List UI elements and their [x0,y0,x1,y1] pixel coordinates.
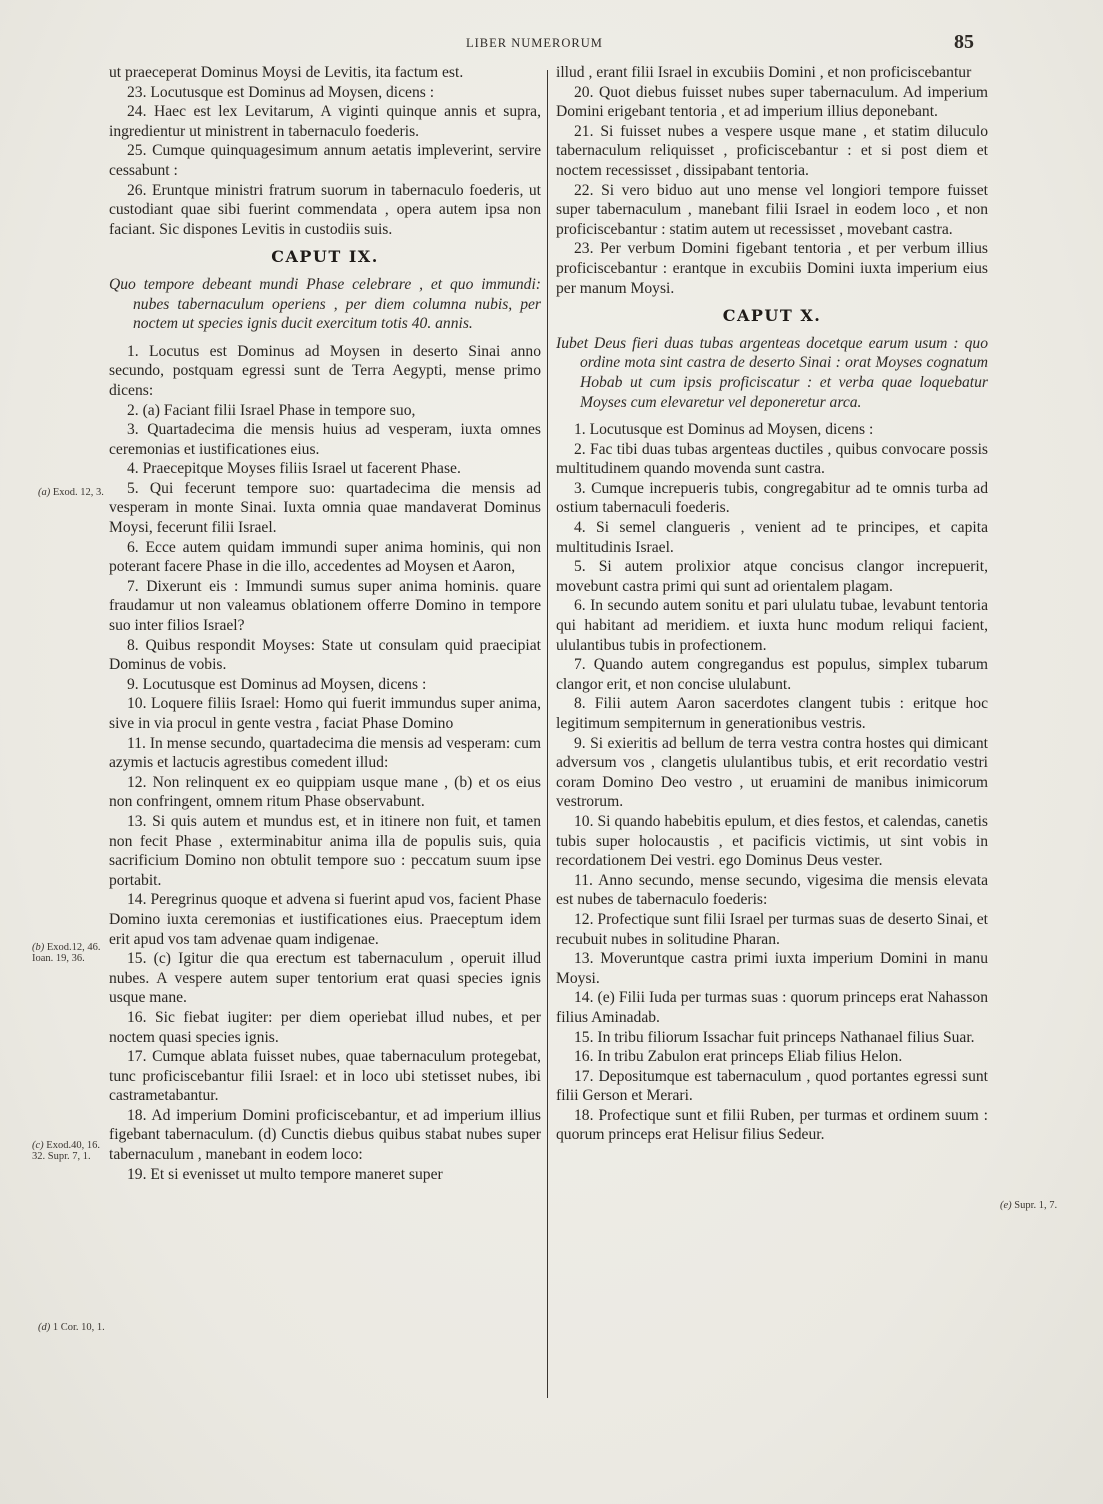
verse: 2. Fac tibi duas tubas argenteas ductile… [556,440,988,479]
verse: 13. Moveruntque castra primi iuxta imper… [556,949,988,988]
verse: 4. Praecepitque Moyses filiis Israel ut … [109,459,541,479]
verse: 5. Qui fecerunt tempore suo: quartadecim… [109,479,541,538]
verse: 3. Cumque increpueris tubis, congregabit… [556,479,988,518]
verse: 23. Per verbum Domini figebant tentoria … [556,239,988,298]
verse: 8. Quibus respondit Moyses: State ut con… [109,636,541,675]
verse: 15. (c) Igitur die qua erectum est taber… [109,949,541,1008]
verse: 19. Et si evenisset ut multo tempore man… [109,1165,541,1185]
running-title: LIBER NUMERORUM [466,36,603,51]
verse: 22. Si vero biduo aut uno mense vel long… [556,181,988,240]
verse: 2. (a) Faciant filii Israel Phase in tem… [109,401,541,421]
margin-note: (a) Exod. 12, 3. [38,487,108,498]
margin-note: (b) Exod.12, 46. Ioan. 19, 36. [32,942,106,964]
verse: 16. Sic fiebat iugiter: per diem operieb… [109,1008,541,1047]
verse: 13. Si quis autem et mundus est, et in i… [109,812,541,890]
chapter-summary: Iubet Deus fieri duas tubas argenteas do… [556,334,988,412]
verse: 6. In secundo autem sonitu et pari ulula… [556,596,988,655]
verse: 14. Peregrinus quoque et advena si fueri… [109,890,541,949]
verse: 8. Filii autem Aaron sacerdotes clangent… [556,694,988,733]
verse: 12. Non relinquent ex eo quippiam usque … [109,773,541,812]
verse: 11. Anno secundo, mense secundo, vigesim… [556,871,988,910]
verse: 18. Profectique sunt et filii Ruben, per… [556,1106,988,1145]
chapter-summary: Quo tempore debeant mundi Phase celebrar… [109,275,541,334]
verse: 7. Quando autem congregandus est populus… [556,655,988,694]
book-page: LIBER NUMERORUM 85 ut praeceperat Dominu… [0,0,1103,1504]
chapter-heading: CAPUT IX. [109,247,541,267]
verse: 4. Si semel clangueris , venient ad te p… [556,518,988,557]
verse: 9. Locutusque est Dominus ad Moysen, dic… [109,675,541,695]
verse: 7. Dixerunt eis : Immundi sumus super an… [109,577,541,636]
verse: 16. In tribu Zabulon erat princeps Eliab… [556,1047,988,1067]
verse: 24. Haec est lex Levitarum, A viginti qu… [109,102,541,141]
verse: 15. In tribu filiorum Issachar fuit prin… [556,1028,988,1048]
chapter-heading: CAPUT X. [556,306,988,326]
verse: 14. (e) Filii Iuda per turmas suas : quo… [556,988,988,1027]
verse: 18. Ad imperium Domini proficiscebantur,… [109,1106,541,1165]
verse: 26. Eruntque ministri fratrum suorum in … [109,181,541,240]
verse: 1. Locutusque est Dominus ad Moysen, dic… [556,420,988,440]
column-divider [547,70,548,1398]
margin-note: (d) 1 Cor. 10, 1. [38,1322,108,1333]
verse: 12. Profectique sunt filii Israel per tu… [556,910,988,949]
margin-note: (c) Exod.40, 16. 32. Supr. 7, 1. [32,1140,106,1162]
verse: 3. Quartadecima die mensis huius ad vesp… [109,420,541,459]
margin-note: (e) Supr. 1, 7. [1000,1200,1070,1211]
verse: 21. Si fuisset nubes a vespere usque man… [556,122,988,181]
verse: 6. Ecce autem quidam immundi super anima… [109,538,541,577]
verse: 17. Depositumque est tabernaculum , quod… [556,1067,988,1106]
verse: 10. Loquere filiis Israel: Homo qui fuer… [109,694,541,733]
page-number: 85 [954,31,974,54]
verse: 5. Si autem prolixior atque concisus cla… [556,557,988,596]
right-column: illud , erant filii Israel in excubiis D… [556,63,988,1145]
verse-continuation: illud , erant filii Israel in excubiis D… [556,63,988,83]
verse: 1. Locutus est Dominus ad Moysen in dese… [109,342,541,401]
verse: 11. In mense secundo, quartadecima die m… [109,734,541,773]
verse-continuation: ut praeceperat Dominus Moysi de Levitis,… [109,63,541,83]
verse: 23. Locutusque est Dominus ad Moysen, di… [109,83,541,103]
verse: 10. Si quando habebitis epulum, et dies … [556,812,988,871]
verse: 17. Cumque ablata fuisset nubes, quae ta… [109,1047,541,1106]
verse: 20. Quot diebus fuisset nubes super tabe… [556,83,988,122]
verse: 25. Cumque quinquagesimum annum aetatis … [109,141,541,180]
verse: 9. Si exieritis ad bellum de terra vestr… [556,734,988,812]
left-column: ut praeceperat Dominus Moysi de Levitis,… [109,63,541,1184]
